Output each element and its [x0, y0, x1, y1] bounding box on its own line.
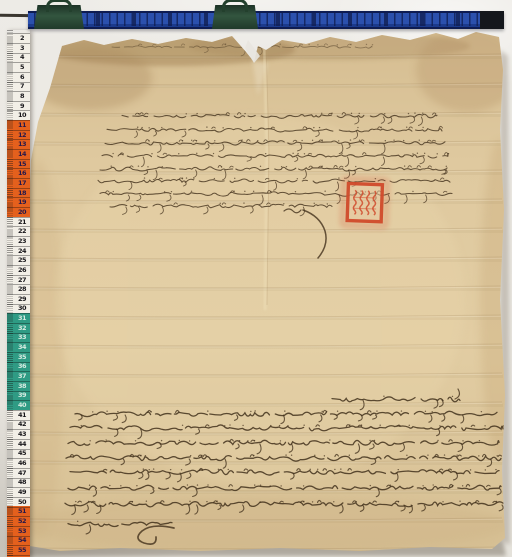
ruler-number: 32: [15, 325, 29, 332]
ruler-number: 55: [15, 547, 29, 554]
ruler-number: 3: [15, 45, 29, 52]
ruler-number: 39: [15, 392, 29, 399]
ruler-number: 47: [15, 470, 29, 477]
side-ruler: 2345678910111213141516171819202122232425…: [7, 30, 30, 557]
ruler-number: 14: [15, 151, 29, 158]
ruler-number: 37: [15, 373, 29, 380]
ruler-number: 50: [15, 499, 29, 506]
ruler-number: 35: [15, 354, 29, 361]
ruler-number: 20: [15, 209, 29, 216]
ruler-number: 40: [15, 402, 29, 409]
seal-stamp: [343, 179, 388, 226]
ruler-number: 34: [15, 344, 29, 351]
manuscript-paper: [0, 0, 512, 557]
ruler-number: 44: [15, 441, 29, 448]
ruler-number: 28: [15, 286, 29, 293]
ruler-number: 27: [15, 277, 29, 284]
ruler-number: 23: [15, 238, 29, 245]
ruler-number: 9: [15, 103, 29, 110]
ruler-number: 2: [15, 35, 29, 42]
ruler-cm-line: [7, 555, 30, 556]
ruler-number: 26: [15, 267, 29, 274]
ruler-number: 38: [15, 383, 29, 390]
ruler-number: 30: [15, 305, 29, 312]
ruler-number: 24: [15, 248, 29, 255]
ruler-number: 33: [15, 334, 29, 341]
binder-clip-handle: [46, 0, 72, 12]
ruler-number: 25: [15, 257, 29, 264]
ruler-number: 53: [15, 528, 29, 535]
ruler-number: 29: [15, 296, 29, 303]
ruler-number: 46: [15, 460, 29, 467]
ruler-number: 42: [15, 421, 29, 428]
tape-tick-marks: [28, 13, 504, 26]
ruler-number: 7: [15, 83, 29, 90]
ruler-number: 22: [15, 228, 29, 235]
ruler-number: 8: [15, 93, 29, 100]
ruler-number: 48: [15, 479, 29, 486]
ruler-number: 31: [15, 315, 29, 322]
binder-clip-handle: [222, 0, 248, 12]
ruler-number: 11: [15, 122, 29, 129]
ruler-number: 15: [15, 161, 29, 168]
ruler-number: 18: [15, 190, 29, 197]
ruler-number: 21: [15, 219, 29, 226]
ruler-number: 41: [15, 412, 29, 419]
ruler-number: 17: [15, 180, 29, 187]
ruler-number: 52: [15, 518, 29, 525]
ruler-number: 4: [15, 54, 29, 61]
ruler-number: 36: [15, 363, 29, 370]
ruler-number: 6: [15, 74, 29, 81]
ruler-number: 49: [15, 489, 29, 496]
ruler-number: 19: [15, 199, 29, 206]
ruler-number: 5: [15, 64, 29, 71]
tape-end-cap: [480, 11, 504, 29]
photo-stage: 2345678910111213141516171819202122232425…: [0, 0, 512, 557]
measuring-tape: [28, 11, 504, 29]
ruler-number: 16: [15, 170, 29, 177]
ruler-number: 43: [15, 431, 29, 438]
ruler-number: 10: [15, 112, 29, 119]
ruler-number: 45: [15, 450, 29, 457]
ruler-number: 13: [15, 141, 29, 148]
ruler-number: 51: [15, 508, 29, 515]
ruler-number: 54: [15, 537, 29, 544]
ruler-number: 12: [15, 132, 29, 139]
